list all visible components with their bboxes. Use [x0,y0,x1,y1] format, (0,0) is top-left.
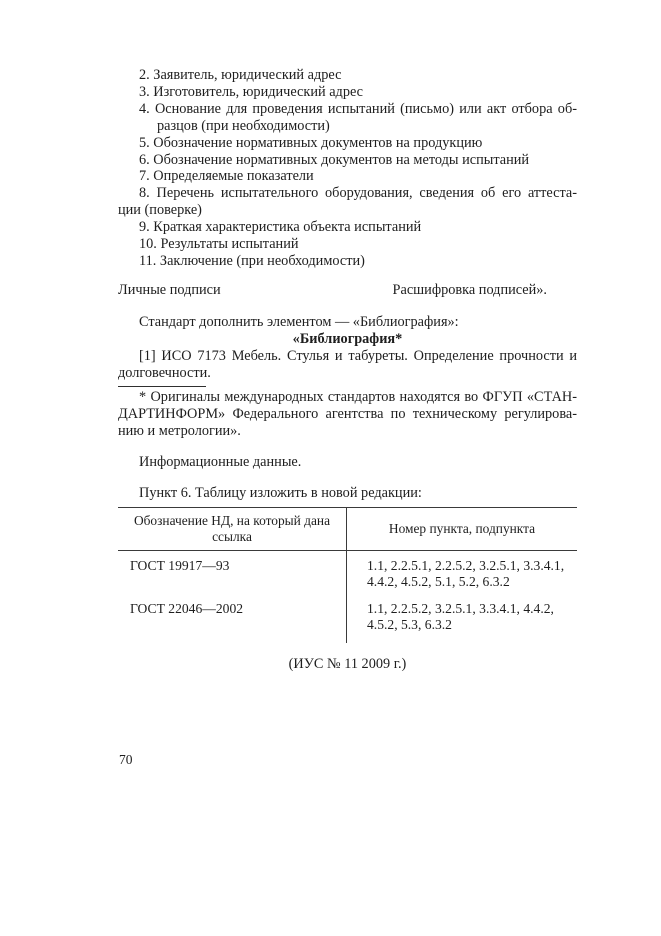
footnote-line-2: ДАРТИНФОРМ» Федерального агентства по те… [118,406,577,423]
list-item-2: 2. Заявитель, юридический адрес [118,67,577,84]
list-item-4-line-1: 4. Основание для проведения испытаний (п… [118,101,577,118]
list-item-11: 11. Заключение (при необходимости) [118,253,577,270]
info-data-heading: Информационные данные. [118,454,577,471]
table-cell-nd-gost-19917: ГОСТ 19917—93 [118,551,347,601]
bibliography-heading: «Библиография* [118,331,577,348]
punkt-6-paragraph: Пункт 6. Таблицу изложить в новой редакц… [118,485,577,502]
document-page: 2. Заявитель, юридический адрес 3. Изгот… [0,0,661,936]
bibliography-entry-line-2: долговечности. [118,365,577,382]
list-item-3: 3. Изготовитель, юридический адрес [118,84,577,101]
table-header-nd: Обозначение НД, на который дана ссылка [118,508,347,551]
list-item-9: 9. Краткая характеристика объекта испыта… [118,219,577,236]
signatures-right-label: Расшифровка подписей». [393,282,547,299]
references-table: Обозначение НД, на который дана ссылка Н… [118,507,577,643]
numbered-list: 2. Заявитель, юридический адрес 3. Изгот… [118,67,577,270]
list-item-6: 6. Обозначение нормативных документов на… [118,152,577,169]
list-item-4-line-2: разцов (при необходимости) [118,118,577,135]
table-header-points: Номер пункта, подпункта [347,508,577,551]
footnote: * Оригиналы международных стандартов нах… [118,389,577,440]
bibliography-entry-line-1: [1] ИСО 7173 Мебель. Стулья и табуреты. … [118,348,577,365]
signatures-left-label: Личные подписи [118,282,221,299]
amendment-intro: Стандарт дополнить элементом — «Библиогр… [118,314,577,331]
list-item-7: 7. Определяемые показатели [118,168,577,185]
signatures-row: Личные подписи Расшифровка подписей». [118,282,577,299]
footnote-line-3: нию и метрологии». [118,423,577,440]
page-content: 2. Заявитель, юридический адрес 3. Изгот… [118,67,577,673]
footnote-line-1: * Оригиналы международных стандартов нах… [118,389,577,406]
list-item-10: 10. Результаты испытаний [118,236,577,253]
table-cell-nd-gost-22046: ГОСТ 22046—2002 [118,601,347,643]
list-item-8-line-1: 8. Перечень испытательного оборудования,… [118,185,577,202]
table-cell-points-gost-22046: 1.1, 2.2.5.2, 3.2.5.1, 3.3.4.1, 4.4.2, 4… [347,601,577,643]
page-number: 70 [119,752,133,768]
list-item-8-line-2: ции (поверке) [118,202,577,219]
footnote-divider [118,386,206,387]
list-item-5: 5. Обозначение нормативных документов на… [118,135,577,152]
table-cell-points-gost-19917: 1.1, 2.2.5.1, 2.2.5.2, 3.2.5.1, 3.3.4.1,… [347,551,577,601]
source-note: (ИУС № 11 2009 г.) [118,656,577,673]
